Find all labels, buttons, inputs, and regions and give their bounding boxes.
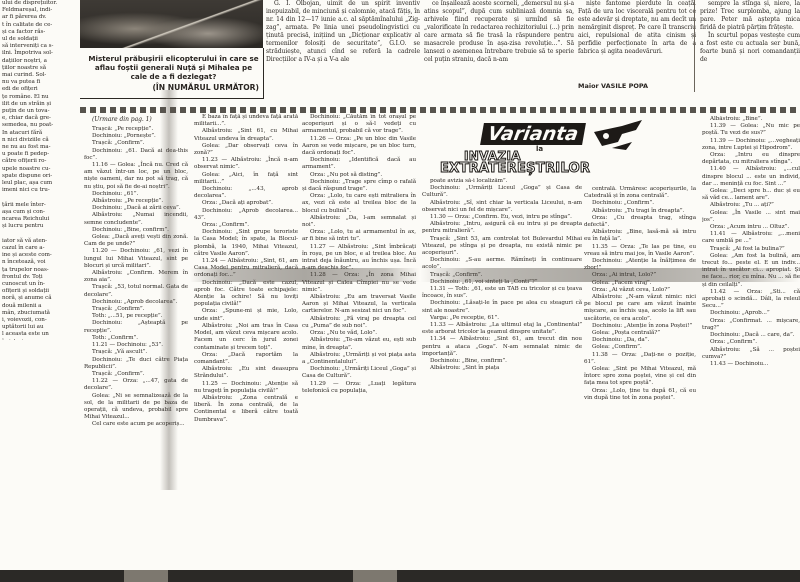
paragraph: Orza: „Lolo, tu ai armamentul în ax, ar …: [302, 229, 416, 243]
paragraph: Albăstroiu: „Da, l-am semnalat și noi”.: [302, 215, 416, 229]
paragraph: 11.23 — Albăstroiu: „Încă n-am observat …: [194, 157, 298, 171]
paragraph: Albăstroiu: „Urmăriți și voi piața asta …: [302, 352, 416, 366]
paragraph: Golea: „Poșta centrală?”: [584, 330, 696, 337]
paragraph: 11.39 — Golea: „Nu mic pe poștă. Tu vezi…: [702, 123, 800, 137]
feature-title-varianta: Varianta: [480, 123, 586, 145]
paragraph: noră, și anume că: [2, 295, 78, 302]
paragraph: Orza: „Spune-mi și mie, Lolo, unde sint”…: [194, 308, 298, 322]
paragraph: [2, 194, 78, 201]
paragraph: 11.26 — Orza: „Pe un bloc din Vasile Aar…: [302, 136, 416, 158]
paragraph: Orza: „Ai văzut ceva, Lolo?”: [584, 287, 696, 294]
paragraph: Golea: „Confirm”.: [584, 344, 696, 351]
paragraph: ncarea Reichului: [2, 216, 78, 223]
paragraph: l aceasta este un: [2, 331, 78, 338]
paragraph: Albăstroiu: „Să ... poștei cumva?”: [702, 347, 800, 361]
paragraph: t în calitate de ce-: [2, 22, 78, 29]
paragraph: Dochinoiu: „...43, aprob decolarea”.: [194, 186, 298, 200]
paragraph: 11.42 — Orza: „Sti... că aprobați o scin…: [702, 289, 800, 311]
paragraph: Orza: „Confirm”.: [702, 339, 800, 346]
paragraph: cazul în care a-: [2, 245, 78, 252]
paragraph: mân, zbuciumată: [2, 310, 78, 317]
paragraph: G. I. Olbojan, uimit de un spirit invent…: [266, 0, 420, 64]
paragraph: în istoria po-: [2, 339, 78, 340]
transcript-column-2: E baza în față și undeva față arată mili…: [194, 114, 298, 494]
paragraph: Orza: „Confirm”.: [194, 222, 298, 229]
paragraph: 11.38 — Orza: „Dați-ne o poziție, 61”.: [584, 352, 696, 366]
paragraph: ilit de un străin și: [2, 101, 78, 108]
article-rechizitoriu: ce înșailează aceste scorneli, „demersul…: [424, 0, 574, 92]
paragraph: Albăstroiu: „Bine”.: [702, 116, 800, 123]
paragraph: Golea: „Aici, în față sint militarii...”: [194, 172, 298, 186]
feature-title-la: la: [536, 145, 543, 153]
paragraph: ța trupelor noas-: [2, 267, 78, 274]
vertical-rule: [694, 0, 695, 92]
paragraph: Dochinoiu: „Atenție în zona Poștei!”: [584, 323, 696, 330]
feature-title: Varianta la INVAZIA EXTRATEREȘTRILOR: [440, 123, 588, 178]
scanner-edge-bar: [0, 570, 800, 582]
paragraph: Golea: „Sint pe Mihai Viteazul, mă întor…: [584, 366, 696, 388]
paragraph: țe române. El nu: [2, 94, 78, 101]
paragraph: 11.39 — Dochinoiu: „...vegheați zona, in…: [702, 138, 800, 152]
paragraph: Albăstroiu: „Intru, asigură că eu intru …: [422, 221, 582, 235]
paragraph: cunoscut un în-: [2, 281, 78, 288]
paragraph: către ofițerii ro-: [2, 158, 78, 165]
paragraph: două milenii a: [2, 303, 78, 310]
paragraph: In atacuri fără: [2, 130, 78, 137]
paragraph: n nici diviziile că: [2, 137, 78, 144]
paragraph: Trașcă: „Ai fost la bulina?”: [702, 246, 800, 253]
paragraph: iator să vă aten-: [2, 238, 78, 245]
paragraph: sempre la stînga și, niere, la prize! Tr…: [700, 0, 800, 32]
paragraph: Dochinoiu: „Urmăriți Liceul „Goga” și Ca…: [422, 185, 582, 199]
paragraph: Albăstroiu: „Fă viraj pe dreapta cel cu …: [302, 316, 416, 330]
helicopter-photo: [80, 0, 263, 48]
paragraph: 11.43 — Dochinoiu...: [702, 361, 800, 368]
paragraph: Orza: „Confirmat. ... mișcare, trag?”: [702, 318, 800, 332]
paragraph: Albăstroiu: „Bine, lasă-mă să intru eu î…: [584, 229, 696, 243]
paragraph: 11.34 — Albăstroiu: „Sint 61, am trecut …: [422, 336, 582, 358]
paragraph: țării mele înter-: [2, 202, 78, 209]
paragraph: Dochinoiu: „Urmăriți Liceul „Goga” și Ca…: [302, 366, 416, 380]
paragraph: Albăstroiu: „N-am văzut nimic: nici pe b…: [584, 294, 696, 323]
paragraph: Albăstroiu: „Sint în piața: [422, 365, 582, 372]
paragraph: leul plac, așa cum: [2, 180, 78, 187]
paragraph: Varga: „Pe recepție, 61”.: [422, 315, 582, 322]
paragraph: Orza: „Lolo, ține tu după 61, că eu vin …: [584, 388, 696, 402]
paragraph: edi de ofițeri: [2, 86, 78, 93]
paragraph: Orza: „Intru eu dinspre depărtata, cu mi…: [702, 152, 800, 166]
paragraph: centrală. Urmăresc acoperișurile, la Cat…: [584, 186, 696, 200]
paragraph: 11.35 — Orza: „Te las pe tine, eu vreau …: [584, 244, 696, 258]
paragraph: mai curind. Sol-: [2, 72, 78, 79]
paragraph: Albăstroiu: „Sî, sint chiar la verticala…: [422, 200, 582, 214]
paragraph: țiilor noastre să: [2, 65, 78, 72]
paragraph: upele noastre cu-: [2, 166, 78, 173]
paragraph: Dochinoiu: „Sint grupe teroriste la Casa…: [194, 229, 298, 258]
teaser-headline: Misterul prăbușirii elicopterului în car…: [80, 48, 263, 81]
scan-shadow: [160, 90, 178, 490]
paragraph: 11.40 — Albăstroiu: „...cul dinspre bloc…: [702, 166, 800, 188]
paragraph: Dochinoiu: „Trage spre cîmp o rafală și …: [302, 179, 416, 193]
paragraph: În scurtul popas vestește cum a fost est…: [700, 32, 800, 64]
column-left-article: ului de disprețuitor.Feldmareșal, indi-a…: [2, 0, 78, 340]
paragraph: Orza: „Cu dreapta trag, stînga defectă”.: [584, 215, 696, 229]
paragraph: Albăstroiu: „Noi am tras în Casa Model, …: [194, 323, 298, 352]
article-olbojan: G. I. Olbojan, uimit de un spirit invent…: [266, 0, 420, 92]
newspaper-page: ului de disprețuitor.Feldmareșal, indi-a…: [0, 0, 800, 570]
paragraph: Orza: „Dacă raportăm la comandant”.: [194, 352, 298, 366]
paragraph: 11.41 — Albăstroiu: „...meni care umblă …: [702, 231, 800, 245]
paragraph: Dochinoiu: „Da, da”.: [584, 337, 696, 344]
paragraph: Dochinoiu: „Dacă este cazul, aprob foc. …: [194, 280, 298, 309]
paragraph: așa cum și con-: [2, 209, 78, 216]
paragraph: Albăstroiu: „Tu ... ați?”: [702, 202, 800, 209]
paragraph: Albăstroiu: „Te-am văzut eu, ești sub mi…: [302, 337, 416, 351]
paragraph: e, chiar dacă gre-: [2, 115, 78, 122]
article-fantome: niște fantome pierdute în ceață. Față de…: [578, 0, 696, 78]
paragraph: Albăstroiu: „Tu tragi în dreapta”.: [584, 208, 696, 215]
paragraph: 11.33 — Albăstroiu: „La ultimul etaj la …: [422, 322, 582, 336]
paragraph: niște fantome pierdute în ceață. Față de…: [578, 0, 696, 56]
paragraph: Dochinoiu: „Aprob decolarea... 43”.: [194, 208, 298, 222]
paragraph: Albăstroiu: „Eu am traversat Vasile Aaro…: [302, 294, 416, 316]
paragraph: uptătorii lui au: [2, 324, 78, 331]
paragraph: Orza: „Nu pot să disting”.: [302, 172, 416, 179]
paragraph: dațiilor noștri, a: [2, 58, 78, 65]
dotted-separator: [80, 107, 800, 113]
paragraph: 11.29 — Orza: „Luați legătura telefonică…: [302, 381, 416, 395]
transcript-column-4: poate avizia să-i localizăm”.Dochinoiu: …: [422, 178, 582, 478]
paragraph: n încetează, voi: [2, 259, 78, 266]
paragraph: Dochinoiu: „Identifică dacă au armament”…: [302, 157, 416, 171]
author-signature: Maior VASILE POPA: [578, 82, 648, 90]
paragraph: Dochinoiu: „Confirm”.: [584, 200, 696, 207]
paragraph: spate dispune ori-: [2, 173, 78, 180]
scan-smudge: [420, 268, 800, 282]
paragraph: Orza: „Dacă ați aprobat”.: [194, 200, 298, 207]
paragraph: ne nu au fost ma-: [2, 144, 78, 151]
paragraph: ului de disprețuitor.: [2, 0, 78, 7]
paragraph: Dochinoiu: „Căutăm în tot orașul pe acop…: [302, 114, 416, 136]
helicopter-illustration-icon: [592, 112, 644, 158]
transcript-column-3: Dochinoiu: „Căutăm în tot orașul pe acop…: [302, 114, 416, 494]
paragraph: Orza: „Lolo, tu care ești mitraliera în …: [302, 193, 416, 215]
paragraph: Golea: „În Vasile ... sint mai jos”.: [702, 210, 800, 224]
paragraph: Golea: „Dar observați ceva în zonă?”: [194, 143, 298, 157]
paragraph: ce înșailează aceste scorneli, „demersul…: [424, 0, 574, 64]
paragraph: Albăstroiu: „Sint 61, cu Mihai Viteazul …: [194, 128, 298, 142]
paragraph: 11.25 — Dochinoiu: „Atenție să nu trageț…: [194, 381, 298, 395]
paragraph: și ca factor răs-: [2, 29, 78, 36]
paragraph: nu va putea fi: [2, 79, 78, 86]
paragraph: 11.31 — Toth: „61, este un TAB cu tricol…: [422, 286, 582, 300]
paragraph: ar fi părerea dv.: [2, 14, 78, 21]
transcript-column-5: centrală. Urmăresc acoperișurile, la Cat…: [584, 186, 696, 486]
paragraph: E baza în față și undeva față arată mili…: [194, 114, 298, 128]
paragraph: Dochinoiu: „Aprob...”: [702, 310, 800, 317]
paragraph: Trașcă: „Sint 53, am controlat tot Bulev…: [422, 236, 582, 258]
paragraph: semedea, nu poat-: [2, 122, 78, 129]
paragraph: [2, 231, 78, 238]
scan-smudge: [190, 268, 420, 282]
transcript-column-6: Albăstroiu: „Bine”.11.39 — Golea: „Nu mi…: [702, 116, 800, 496]
paragraph: și lucru pentru: [2, 223, 78, 230]
paragraph: Dochinoiu: „Lăsați-le în pace pe alea cu…: [422, 300, 582, 314]
paragraph: Albăstroiu: „Zona centrală e liberă. În …: [194, 395, 298, 424]
feature-title-extraterestrilor: EXTRATEREȘTRILOR: [440, 161, 590, 176]
paragraph: imeni nici cu tru-: [2, 187, 78, 194]
paragraph: ilni. Împotriva sol-: [2, 50, 78, 57]
article-munte: sempre la stînga și, niere, la prize! Tr…: [700, 0, 800, 92]
paragraph: Dochinoiu: „Dacă ... care, da”.: [702, 332, 800, 339]
paragraph: Golea: „Deci spre b... duc și eu să văd …: [702, 188, 800, 202]
paragraph: frontul dv. Toți: [2, 274, 78, 281]
paragraph: Albăstroiu: „Eu sint deasupra Străndului…: [194, 366, 298, 380]
